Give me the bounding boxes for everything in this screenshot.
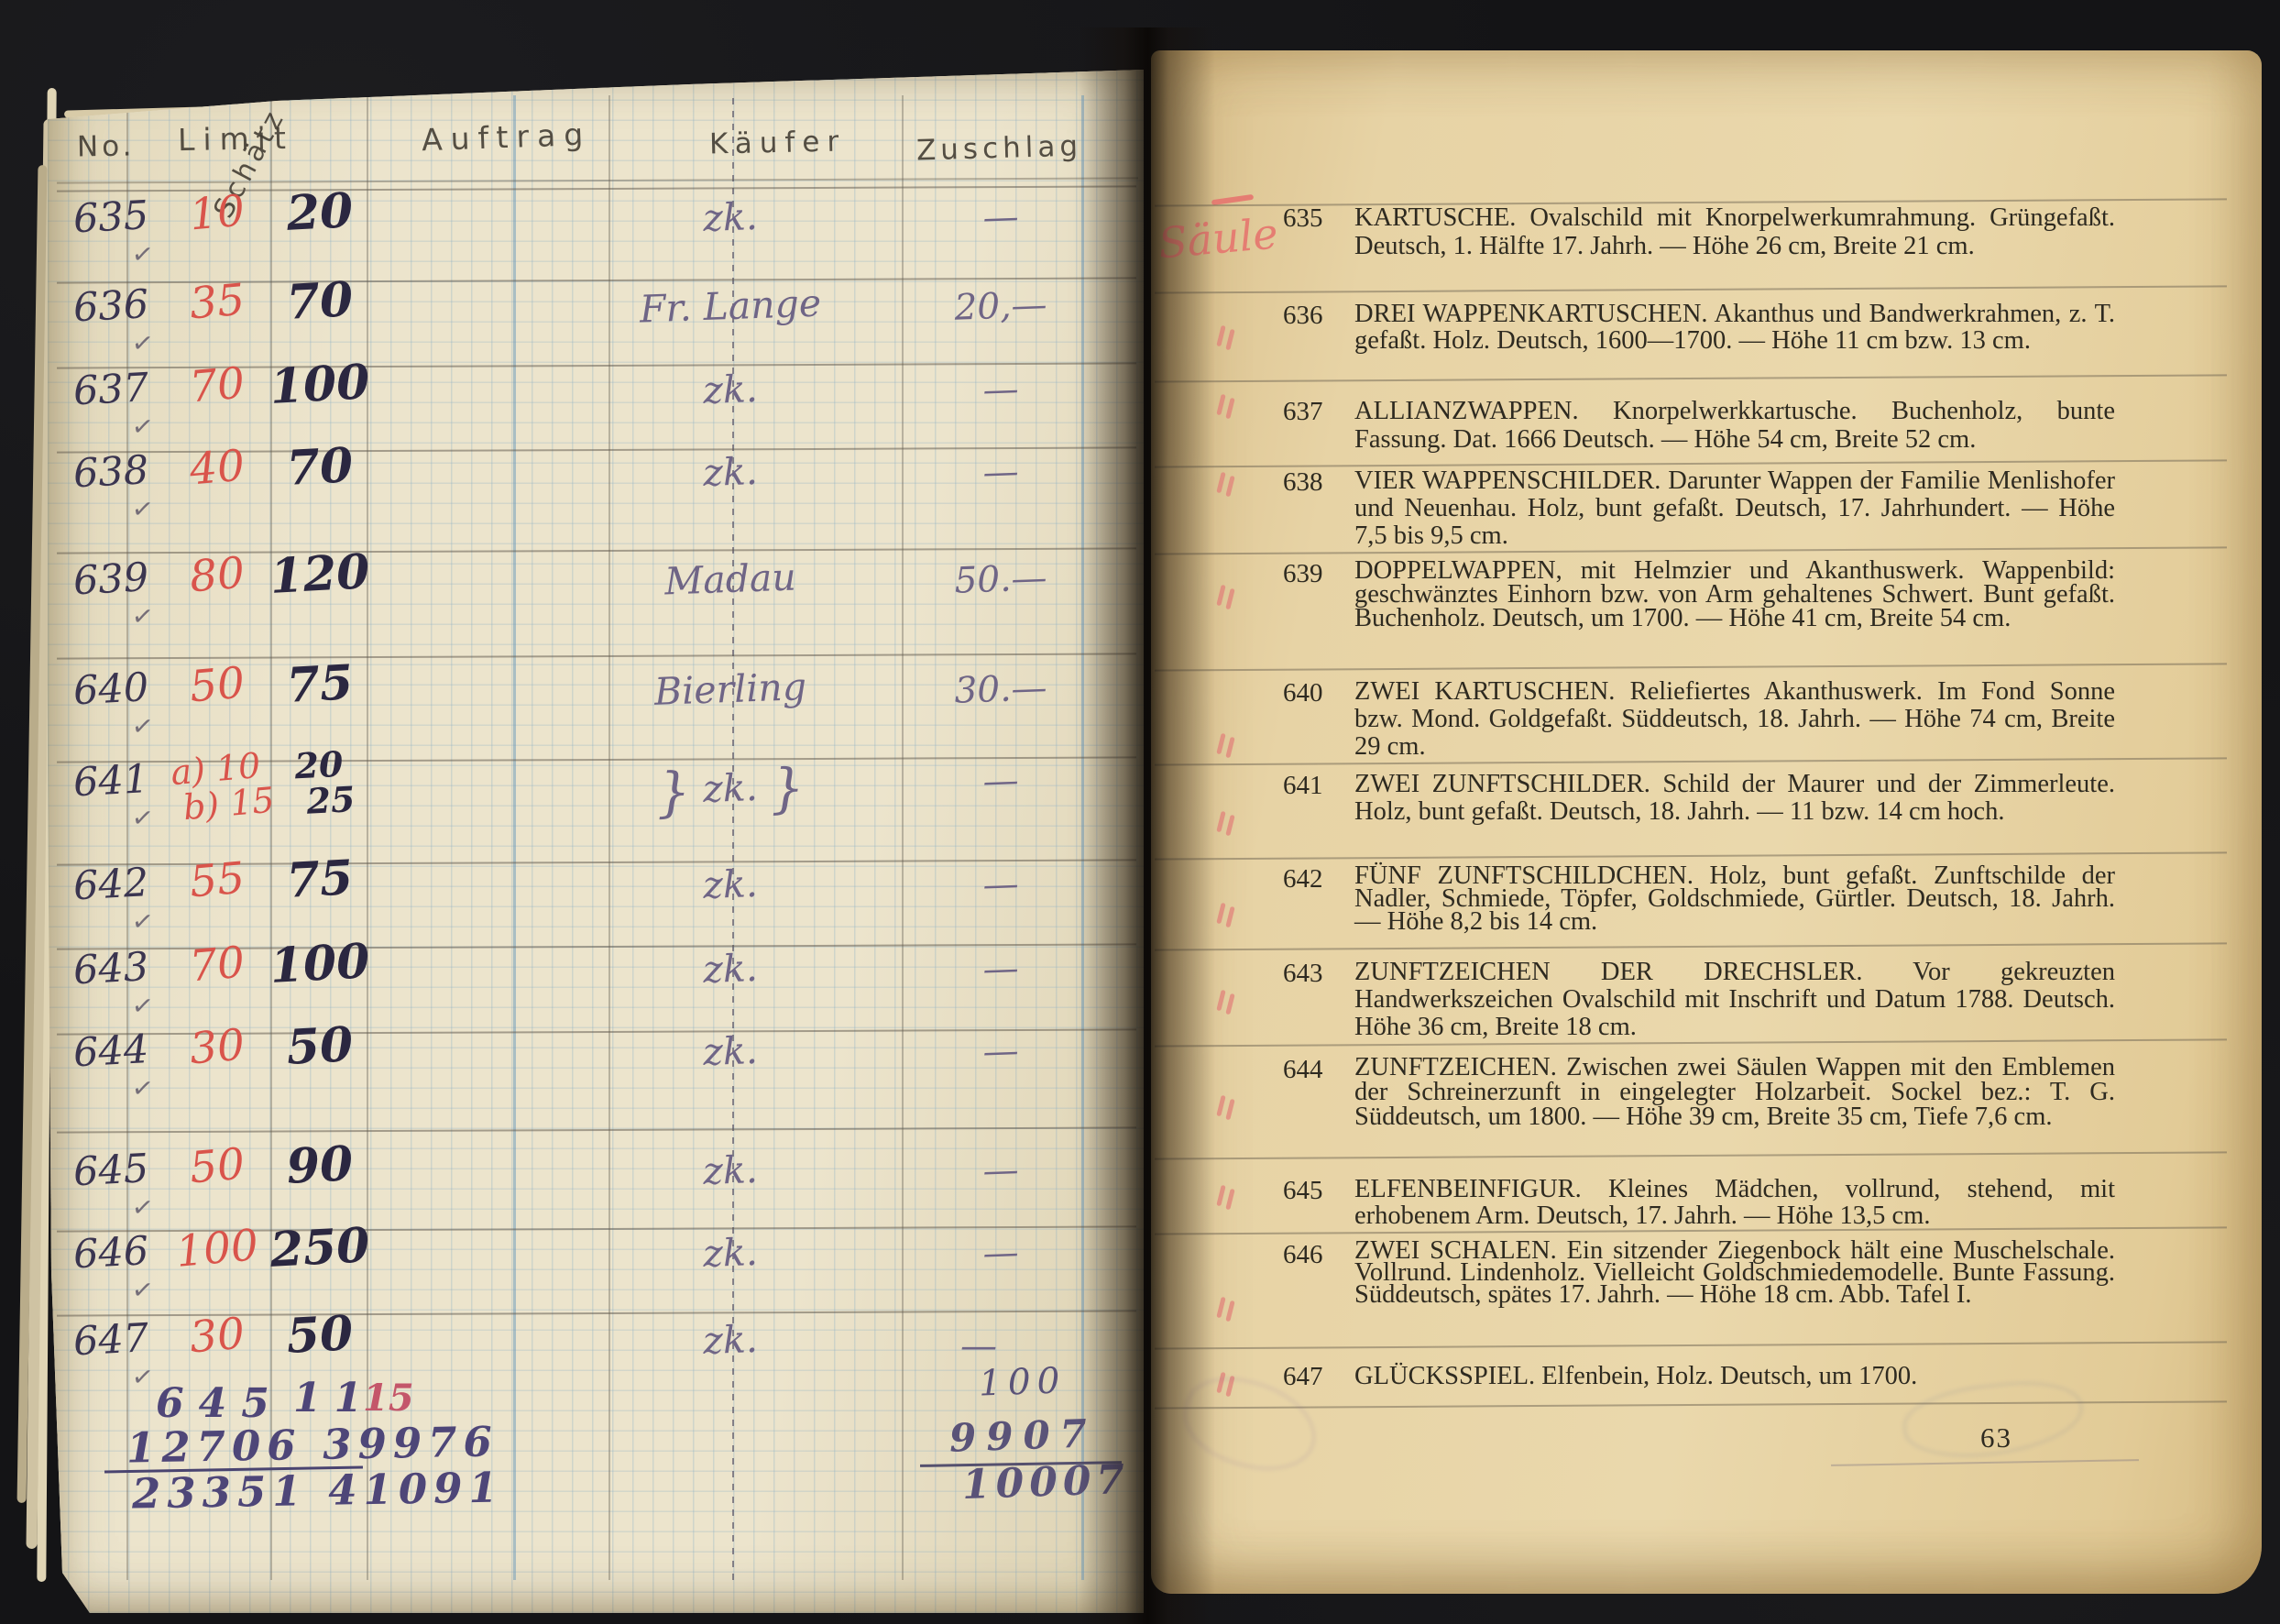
estimate-value: 75 — [241, 653, 400, 717]
ledger-row: 639✓80120Madau50.— — [48, 548, 1144, 643]
estimate-value: 70 — [241, 269, 400, 334]
rule-line — [1155, 1341, 2227, 1349]
estimate-value: 250 — [241, 1216, 400, 1280]
buyer-value: }zk.} — [560, 753, 901, 828]
buyer-value: zk. — [560, 1312, 900, 1368]
red-ditto-stroke — [1216, 733, 1225, 754]
red-ditto-stroke — [1225, 737, 1234, 758]
hammer-price: — — [917, 1230, 1083, 1277]
entry-text: ZWEI ZUNFTSCHILDER. Schild der Maurer un… — [1354, 771, 2115, 826]
red-ditto-stroke — [1225, 1300, 1234, 1322]
ledger-row: 636✓3570Fr. Lange20,— — [48, 275, 1144, 370]
check-mark: ✓ — [130, 1191, 156, 1224]
buyer-value: Bierling — [560, 662, 900, 718]
catalog-entry: 644ZUNFTZEICHEN. Zwischen zwei Säulen Wa… — [1279, 1055, 2122, 1129]
ledger-row: 635✓1020zk.— — [48, 186, 1144, 281]
zuschlag-sum-1: 100 — [978, 1360, 1067, 1404]
column-header-auftrag: Auftrag — [421, 116, 591, 158]
entry-text: ZUNFTZEICHEN DER DRECHSLER. Vor gekreuzt… — [1354, 959, 2115, 1041]
entry-number: 647 — [1283, 1362, 1323, 1392]
red-ditto-stroke — [1225, 588, 1234, 609]
check-mark: ✓ — [130, 905, 156, 938]
ledger-row: 646✓100250zk.— — [48, 1222, 1144, 1317]
check-mark: ✓ — [130, 1274, 156, 1307]
check-mark: ✓ — [130, 990, 156, 1023]
rule-line — [1155, 663, 2227, 671]
header-rule-line — [57, 177, 1138, 183]
check-mark: ✓ — [130, 327, 156, 360]
catalog-entry: 635KARTUSCHE. Ovalschild mit Knorpelwerk… — [1279, 203, 2122, 260]
estimate-value: 50 — [241, 1303, 400, 1367]
catalog-page: Säule 635KARTUSCHE. Ovalschild mit Knorp… — [1151, 50, 2262, 1594]
hammer-price: — — [917, 861, 1083, 908]
hammer-price: — — [917, 194, 1083, 241]
red-ditto-stroke — [1225, 476, 1234, 497]
book-photo: No. Limit Schätz Auftrag Käufer Zuschlag… — [0, 0, 2280, 1624]
estimate-value: 50 — [241, 1015, 400, 1079]
entry-number: 642 — [1283, 864, 1323, 894]
hammer-price: 20,— — [917, 283, 1083, 330]
red-ditto-stroke — [1216, 811, 1225, 832]
buyer-value: zk. — [560, 362, 900, 418]
sum-line-1a: 645 — [156, 1380, 284, 1427]
hammer-price: 30.— — [917, 666, 1083, 713]
column-header-zuschlag: Zuschlag — [916, 129, 1083, 167]
entry-text: ZWEI KARTUSCHEN. Reliefiertes Akanthuswe… — [1354, 678, 2115, 761]
estimate-value: 70 — [241, 435, 400, 499]
catalog-entry: 642FÜNF ZUNFTSCHILDCHEN. Holz, bunt gefa… — [1279, 864, 2122, 933]
catalog-entry: 641ZWEI ZUNFTSCHILDER. Schild der Maurer… — [1279, 771, 2122, 826]
catalog-entry: 640ZWEI KARTUSCHEN. Reliefiertes Akanthu… — [1279, 678, 2122, 761]
buyer-value: zk. — [560, 1024, 900, 1080]
catalog-entry: 638VIER WAPPENSCHILDER. Darunter Wappen … — [1279, 467, 2122, 550]
red-ditto-mark — [1219, 585, 1235, 610]
buyer-value: Fr. Lange — [560, 279, 900, 335]
estimate-value: 20 — [241, 181, 400, 245]
rule-line — [1155, 851, 2227, 860]
red-ditto-stroke — [1225, 398, 1234, 419]
check-mark: ✓ — [130, 1072, 156, 1105]
sum-line-1c: 15 — [363, 1377, 414, 1420]
sum-line-3: 23351 41091 — [132, 1463, 505, 1518]
hammer-price: — — [917, 758, 1083, 805]
red-ditto-mark — [1219, 1297, 1235, 1322]
estimate-value: 100 — [241, 932, 400, 996]
ledger-row: 645✓5090zk.— — [48, 1139, 1144, 1234]
buyer-value: zk. — [560, 444, 900, 500]
entry-number: 641 — [1283, 771, 1323, 801]
catalog-entry: 637ALLIANZWAPPEN. Knorpelwerkkartusche. … — [1279, 397, 2122, 454]
rule-line — [1155, 942, 2227, 950]
entry-text: ELFENBEINFIGUR. Kleines Mädchen, vollrun… — [1354, 1176, 2115, 1229]
red-ditto-mark — [1219, 472, 1235, 498]
entry-number: 644 — [1283, 1055, 1323, 1085]
red-ditto-stroke — [1216, 1185, 1225, 1206]
red-ditto-stroke — [1216, 1095, 1225, 1116]
entry-text: ZWEI SCHALEN. Ein sitzender Ziegenbock h… — [1354, 1240, 2115, 1306]
ledger-row: 642✓5575zk.— — [48, 853, 1144, 949]
check-mark: ✓ — [130, 802, 156, 835]
estimate-value: 90 — [241, 1134, 400, 1198]
ledger-row: 643✓70100zk.— — [48, 938, 1144, 1033]
red-ditto-stroke — [1216, 1297, 1225, 1318]
entry-number: 645 — [1283, 1176, 1323, 1206]
buyer-value: zk. — [560, 1225, 900, 1281]
red-ditto-stroke — [1225, 329, 1234, 350]
column-header-no: No. — [77, 129, 136, 163]
hammer-price: — — [917, 1028, 1083, 1075]
check-mark: ✓ — [130, 411, 156, 444]
entry-text: VIER WAPPENSCHILDER. Darunter Wappen der… — [1354, 467, 2115, 550]
red-ditto-stroke — [1225, 1099, 1234, 1120]
catalog-entry: 645ELFENBEINFIGUR. Kleines Mädchen, voll… — [1279, 1176, 2122, 1229]
red-ditto-mark — [1219, 1185, 1235, 1211]
entry-text: FÜNF ZUNFTSCHILDCHEN. Holz, bunt gefaßt.… — [1354, 864, 2115, 933]
red-ditto-stroke — [1225, 993, 1234, 1015]
entry-text: DREI WAPPENKARTUSCHEN. Akanthus und Band… — [1354, 301, 2115, 354]
buyer-value: zk. — [560, 190, 900, 246]
catalog-entry: 646ZWEI SCHALEN. Ein sitzender Ziegenboc… — [1279, 1240, 2122, 1306]
hammer-price: 50.— — [917, 556, 1083, 603]
catalog-entry: 636DREI WAPPENKARTUSCHEN. Akanthus und B… — [1279, 301, 2122, 354]
ledger-row: 638✓4070zk.— — [48, 441, 1144, 536]
estimate-value: 75 — [241, 848, 400, 912]
red-ditto-mark — [1219, 811, 1235, 837]
rule-line — [1155, 374, 2227, 382]
red-ditto-stroke — [1216, 990, 1225, 1011]
buyer-value: zk. — [560, 857, 900, 913]
ledger-row: 641✓a) 10b) 152025}zk.}— — [48, 750, 1144, 845]
entry-number: 635 — [1283, 203, 1323, 234]
entry-number: 640 — [1283, 678, 1323, 708]
red-ditto-mark — [1219, 325, 1235, 351]
column-header-kaeufer: Käufer — [709, 125, 847, 160]
red-ditto-mark — [1219, 990, 1235, 1015]
zuschlag-sum-3: 10007 — [961, 1456, 1131, 1509]
red-ditto-stroke — [1216, 472, 1225, 493]
red-ditto-stroke — [1216, 903, 1225, 924]
rule-line — [1155, 285, 2227, 293]
row-separator-line — [57, 1126, 1136, 1133]
entry-number: 643 — [1283, 959, 1323, 989]
red-ditto-stroke — [1216, 585, 1225, 606]
red-ditto-stroke — [1225, 815, 1234, 836]
red-ditto-mark — [1219, 1095, 1235, 1121]
hammer-price: — — [917, 1147, 1083, 1194]
hammer-price: — — [917, 367, 1083, 413]
buyer-name: zk. — [702, 765, 758, 811]
red-ditto-stroke — [1216, 394, 1225, 415]
zuschlag-sum-2: 9907 — [948, 1410, 1098, 1461]
red-margin-note: Säule — [1156, 208, 1280, 268]
buyer-value: zk. — [560, 941, 900, 997]
red-ditto-mark — [1219, 394, 1235, 420]
buyer-value: Madau — [560, 552, 900, 608]
entry-text: ALLIANZWAPPEN. Knorpelwerkkartusche. Buc… — [1354, 397, 2115, 454]
red-ditto-stroke — [1225, 906, 1234, 927]
ledger-row: 637✓70100zk.— — [48, 358, 1144, 454]
red-ditto-stroke — [1216, 325, 1225, 346]
entry-text: DOPPELWAPPEN, mit Helmzier und Akanthusw… — [1354, 559, 2115, 631]
red-ditto-stroke — [1225, 1189, 1234, 1210]
hammer-price: — — [917, 946, 1083, 993]
entry-text: KARTUSCHE. Ovalschild mit Knorpelwerkumr… — [1354, 203, 2115, 260]
rule-line — [1155, 1151, 2227, 1159]
check-mark: ✓ — [130, 710, 156, 743]
buyer-value: zk. — [560, 1143, 900, 1199]
pencil-ghost-line — [1831, 1459, 2139, 1466]
entry-number: 637 — [1283, 397, 1323, 427]
hammer-price: — — [917, 449, 1083, 496]
check-mark: ✓ — [130, 600, 156, 633]
entry-number: 639 — [1283, 559, 1323, 589]
entry-number: 646 — [1283, 1240, 1323, 1270]
entry-number: 636 — [1283, 301, 1323, 331]
red-ditto-mark — [1219, 903, 1235, 928]
estimate-value: 120 — [241, 543, 400, 607]
red-ditto-mark — [1219, 733, 1235, 759]
entry-number: 638 — [1283, 467, 1323, 498]
catalog-entry: 643ZUNFTZEICHEN DER DRECHSLER. Vor gekre… — [1279, 959, 2122, 1041]
brace-mark: } — [642, 760, 704, 824]
estimate-value: 100 — [241, 353, 400, 417]
brace-mark: } — [757, 756, 818, 820]
ledger-row: 640✓5075Bierling30.— — [48, 658, 1144, 753]
catalog-entry: 639DOPPELWAPPEN, mit Helmzier und Akanth… — [1279, 559, 2122, 631]
estimate-value: 2025 — [240, 744, 400, 823]
entry-text: ZUNFTZEICHEN. Zwischen zwei Säulen Wappe… — [1354, 1055, 2115, 1129]
check-mark: ✓ — [130, 493, 156, 526]
ledger-page: No. Limit Schätz Auftrag Käufer Zuschlag… — [48, 62, 1144, 1613]
estimate-value-b: 25 — [262, 779, 400, 821]
check-mark: ✓ — [130, 238, 156, 271]
ledger-row: 644✓3050zk.— — [48, 1020, 1144, 1115]
check-mark: ✓ — [130, 1361, 156, 1394]
zuschlag-sum-dash: — — [960, 1325, 997, 1367]
